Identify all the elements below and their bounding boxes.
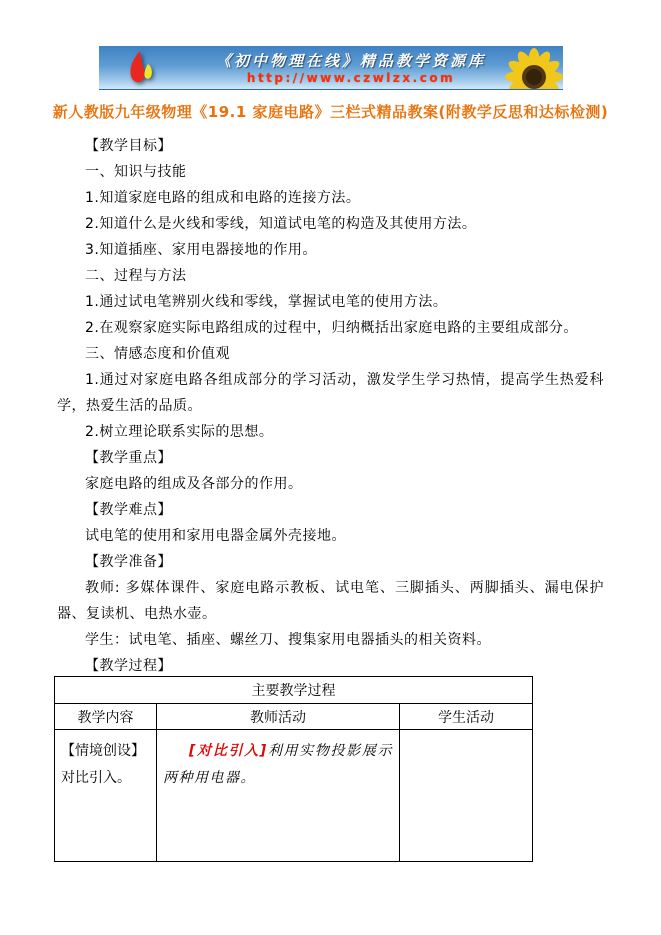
sunflower-icon [499, 46, 563, 90]
flame-logo-icon [121, 48, 161, 88]
cell-teacher-activity: [对比引入]利用实物投影展示两种用电器。 [157, 730, 400, 862]
doc-paragraph: 试电笔的使用和家用电器金属外壳接地。 [57, 523, 604, 549]
doc-paragraph: 二、过程与方法 [57, 263, 604, 289]
document-page: 《初中物理在线》精品教学资源库 http://www.czwlzx.com [0, 0, 661, 935]
doc-paragraph: 家庭电路的组成及各部分的作用。 [57, 471, 604, 497]
content-line: 【情境创设】 [61, 738, 150, 765]
doc-paragraph: 教师: 多媒体课件、家庭电路示教板、试电笔、三脚插头、两脚插头、漏电保护器、复读… [57, 575, 604, 627]
doc-paragraph: 1.知道家庭电路的组成和电路的连接方法。 [57, 185, 604, 211]
doc-paragraph: 1.通过试电笔辨别火线和零线，掌握试电笔的使用方法。 [57, 289, 604, 315]
doc-paragraph: 2.在观察家庭实际电路组成的过程中，归纳概括出家庭电路的主要组成部分。 [57, 315, 604, 341]
doc-paragraph: 2.树立理论联系实际的思想。 [57, 419, 604, 445]
table-caption: 主要教学过程 [55, 677, 533, 704]
doc-paragraph: 学生：试电笔、插座、螺丝刀、搜集家用电器插头的相关资料。 [57, 627, 604, 653]
doc-paragraph: 3.知道插座、家用电器接地的作用。 [57, 237, 604, 263]
doc-paragraph: 2.知道什么是火线和零线，知道试电笔的构造及其使用方法。 [57, 211, 604, 237]
doc-paragraph: 【教学准备】 [57, 549, 604, 575]
doc-paragraph: 三、情感态度和价值观 [57, 341, 604, 367]
banner-text: 《初中物理在线》精品教学资源库 http://www.czwlzx.com [209, 50, 493, 85]
banner-title: 《初中物理在线》精品教学资源库 [209, 50, 493, 71]
doc-paragraph: 【教学难点】 [57, 497, 604, 523]
col-header-student: 学生活动 [400, 704, 533, 730]
col-header-content: 教学内容 [55, 704, 157, 730]
doc-paragraph: 1.通过对家庭电路各组成部分的学习活动，激发学生学习热情，提高学生热爱科学，热爱… [57, 367, 604, 419]
cell-teaching-content: 【情境创设】 对比引入。 [55, 730, 157, 862]
table-header-row: 教学内容 教师活动 学生活动 [55, 704, 533, 730]
banner-url: http://www.czwlzx.com [209, 71, 493, 85]
doc-title: 新人教版九年级物理《19.1 家庭电路》三栏式精品教案(附教学反思和达标检测) [28, 101, 633, 122]
doc-body: 【教学目标】 一、知识与技能 1.知道家庭电路的组成和电路的连接方法。 2.知道… [57, 133, 604, 679]
teacher-activity-tag: [对比引入] [189, 743, 268, 759]
teaching-process-table: 主要教学过程 教学内容 教师活动 学生活动 【情境创设】 对比引入。 [对比引入… [54, 676, 533, 862]
site-banner: 《初中物理在线》精品教学资源库 http://www.czwlzx.com [99, 46, 563, 90]
col-header-teacher: 教师活动 [157, 704, 400, 730]
doc-paragraph: 一、知识与技能 [57, 159, 604, 185]
content-line: 对比引入。 [61, 765, 150, 792]
cell-student-activity [400, 730, 533, 862]
table-caption-row: 主要教学过程 [55, 677, 533, 704]
doc-paragraph: 【教学重点】 [57, 445, 604, 471]
table-row: 【情境创设】 对比引入。 [对比引入]利用实物投影展示两种用电器。 [55, 730, 533, 862]
doc-paragraph: 【教学目标】 [57, 133, 604, 159]
